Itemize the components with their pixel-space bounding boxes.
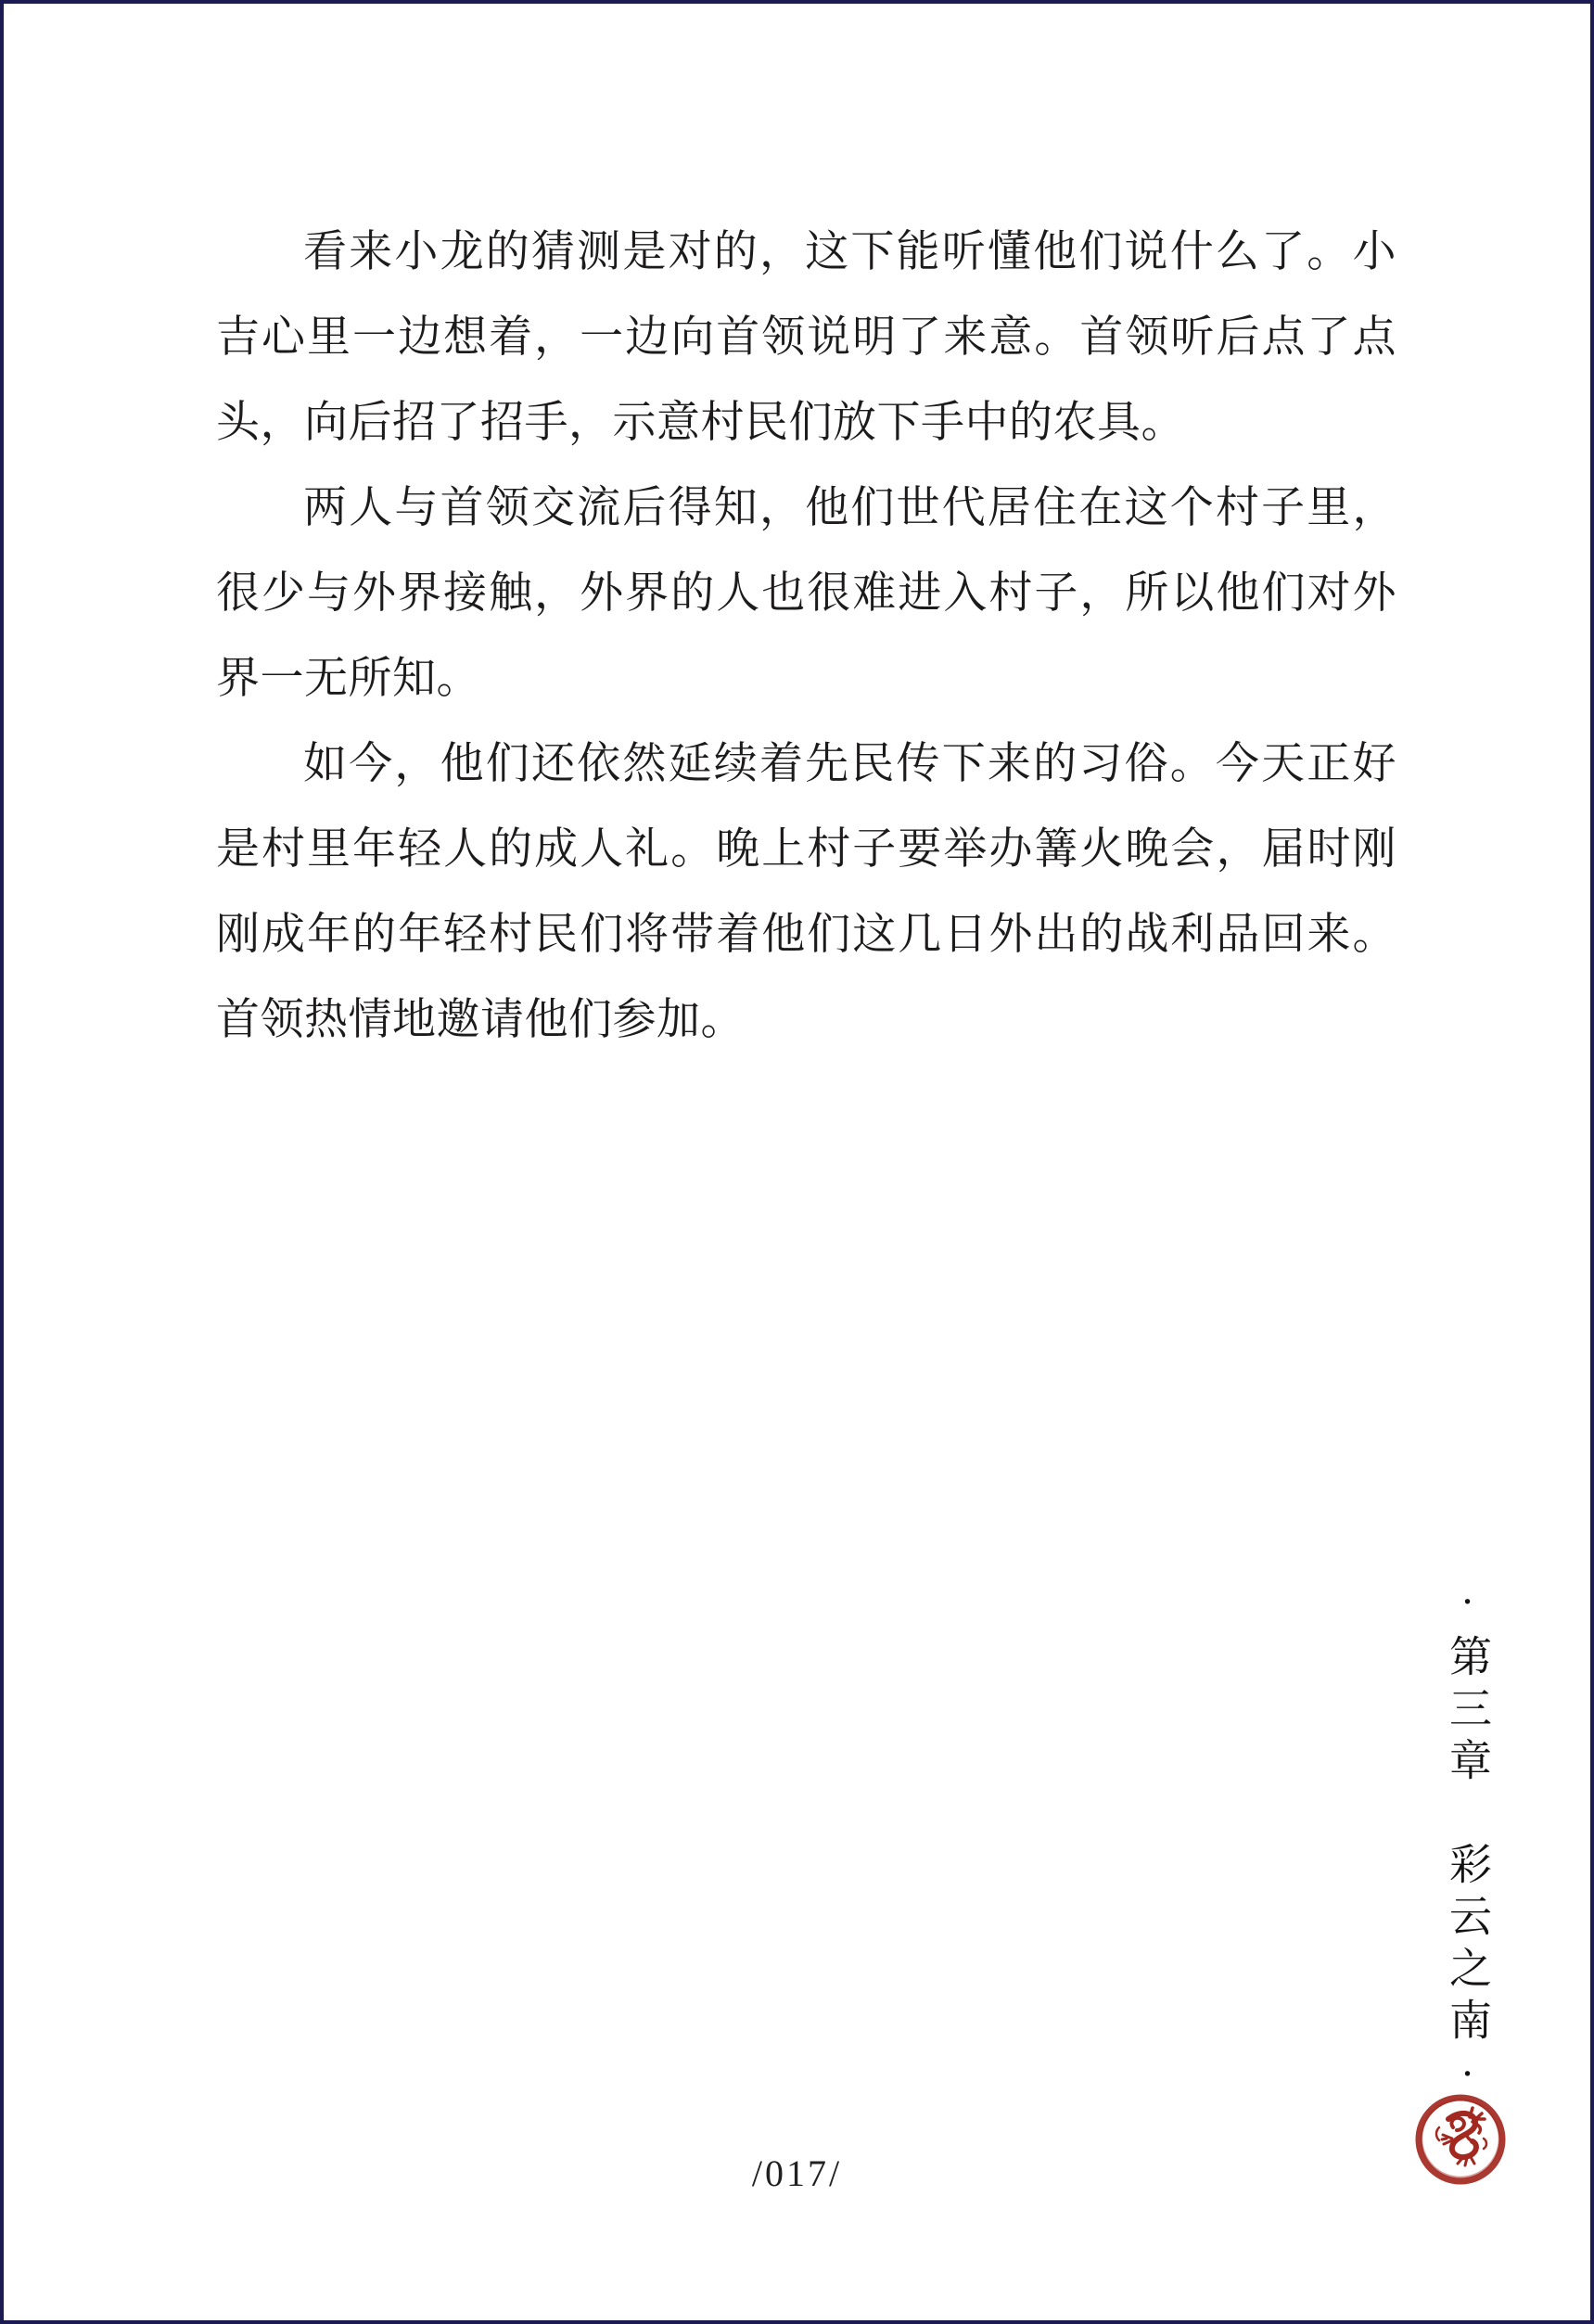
body-paragraph: 如今，他们还依然延续着先民传下来的习俗。今天正好是村里年轻人的成人礼。晚上村子要… [216, 721, 1396, 1063]
chapter-marker-vertical: ·第三章 彩云之南· [1436, 1577, 1498, 2097]
dragon-seal-icon [1411, 2090, 1510, 2189]
body-text-block: 看来小龙的猜测是对的，这下能听懂他们说什么了。小吉心里一边想着，一边向首领说明了… [216, 210, 1396, 1063]
body-paragraph: 两人与首领交流后得知，他们世代居住在这个村子里，很少与外界接触，外界的人也很难进… [216, 466, 1396, 721]
book-page: { "page": { "number_label": "/017/", "bo… [0, 0, 1594, 2324]
page-number: /017/ [4, 2152, 1590, 2195]
body-paragraph: 看来小龙的猜测是对的，这下能听懂他们说什么了。小吉心里一边想着，一边向首领说明了… [216, 210, 1396, 466]
